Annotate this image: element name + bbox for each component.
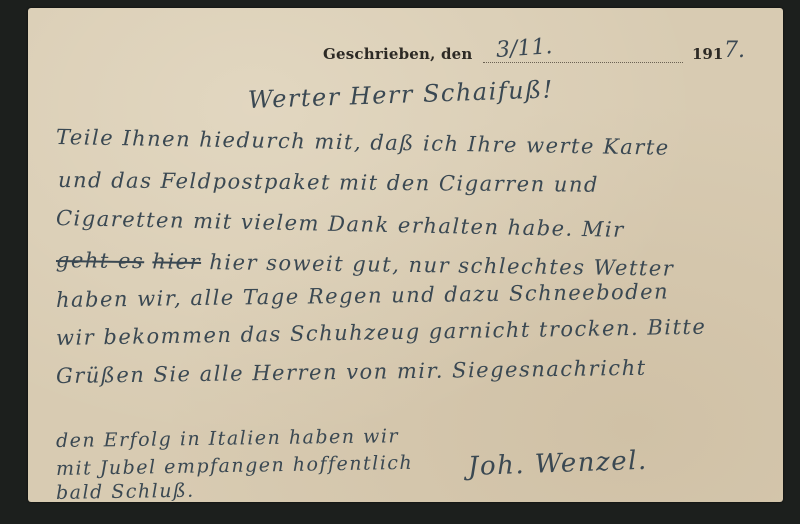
body-line-6: wir bekommen das Schuhzeug garnicht troc… [56, 315, 707, 350]
printed-year-prefix: 191 [692, 45, 723, 63]
struck-out-word: hier [152, 249, 201, 274]
body-line-10: bald Schluß. [56, 480, 195, 504]
body-line-4-text: hier soweit gut, nur schlechtes Wetter [209, 250, 674, 280]
struck-out-text: geht es [56, 248, 145, 273]
handwritten-date: 3/11. [495, 34, 553, 63]
handwritten-year-digit: 7. [724, 38, 745, 63]
body-line-4: geht es hier hier soweit gut, nur schlec… [56, 248, 675, 281]
body-line-1: Teile Ihnen hiedurch mit, daß ich Ihre w… [56, 125, 670, 160]
printed-header: Geschrieben, den [323, 45, 473, 63]
signature: Joh. Wenzel. [467, 446, 648, 482]
body-line-2: und das Feldpostpaket mit den Cigarren u… [58, 168, 599, 197]
body-line-9: mit Jubel empfangen hoffentlich [56, 452, 414, 480]
postcard: Geschrieben, den 3/11. 191 7. Werter Her… [28, 8, 783, 502]
body-line-7: Grüßen Sie alle Herren von mir. Siegesna… [56, 356, 647, 388]
date-dotted-line [483, 62, 683, 63]
body-line-8: den Erfolg in Italien haben wir [56, 425, 399, 452]
salutation: Werter Herr Schaifuß! [248, 75, 555, 114]
body-line-5: haben wir, alle Tage Regen und dazu Schn… [56, 279, 669, 312]
body-line-3: Cigaretten mit vielem Dank erhalten habe… [56, 206, 625, 242]
